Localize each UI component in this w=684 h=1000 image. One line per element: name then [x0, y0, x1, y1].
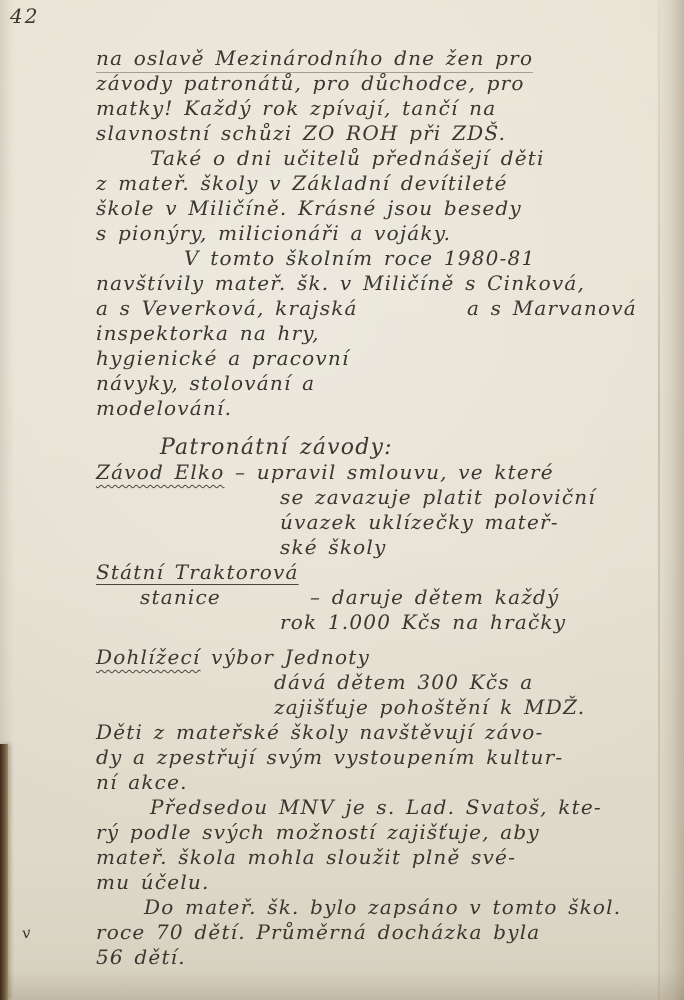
handwritten-line: na oslavě Mezinárodního dne žen pro [96, 46, 662, 71]
handwritten-line: mu účelu. [96, 870, 662, 895]
bottom-edge-shadow [0, 970, 684, 1000]
handwritten-line: z mateř. školy v Základní devítileté [96, 171, 662, 196]
chronicle-page: 42 na oslavě Mezinárodního dne žen pro z… [0, 0, 684, 1000]
handwritten-line: zajišťuje pohoštění k MDŽ. [274, 695, 662, 720]
handwritten-line: dy a zpestřují svým vystoupením kultur- [96, 745, 662, 770]
handwritten-line: V tomto školním roce 1980-81 [96, 246, 662, 271]
handwritten-line: Do mateř. šk. bylo zapsáno v tomto škol. [96, 895, 662, 920]
handwritten-line: dává dětem 300 Kčs a [274, 670, 662, 695]
handwritten-line: škole v Miličíně. Krásné jsou besedy [96, 196, 662, 221]
line-main-text: – daruje dětem každý [310, 585, 559, 610]
underlined-term: Dohlížecí [96, 645, 201, 669]
handwritten-line: inspektorka na hry, [96, 321, 662, 346]
book-binding-edge [0, 744, 8, 1000]
handwritten-line: Státní Traktorová [96, 560, 662, 585]
handwritten-line: Předsedou MNV je s. Lad. Svatoš, kte- [96, 795, 662, 820]
handwritten-line: a s Veverková, krajská a s Marvanová [96, 296, 662, 321]
line-main-text: výbor Jednoty [211, 645, 370, 669]
handwritten-line: úvazek uklízečky mateř- [280, 510, 662, 535]
handwritten-line: Také o dni učitelů přednášejí děti [96, 146, 662, 171]
inserted-note: a s Marvanová [467, 296, 637, 321]
handwritten-line: matky! Každý rok zpívají, tančí na [96, 96, 662, 121]
handwritten-line: ské školy [280, 535, 662, 560]
handwritten-line: navštívily mateř. šk. v Miličíně s Cinko… [96, 271, 662, 296]
handwritten-line: Dohlížecí výbor Jednoty [96, 645, 662, 670]
handwritten-line: návyky, stolování a [96, 371, 662, 396]
handwritten-line: závody patronátů, pro důchodce, pro [96, 71, 662, 96]
handwritten-line: hygienické a pracovní [96, 346, 662, 371]
check-mark: v [21, 923, 32, 942]
line-main-text: a s Veverková, krajská [96, 296, 358, 320]
handwritten-line: roce 70 dětí. Průměrná docházka byla [96, 920, 662, 945]
handwritten-line: se zavazuje platit poloviční [280, 485, 662, 510]
handwritten-line: 56 dětí. [96, 945, 662, 970]
underlined-term: Závod Elko [96, 460, 224, 484]
section-heading: Patronátní závody: [160, 435, 662, 460]
term-label: stanice [140, 585, 221, 610]
handwritten-line: Závod Elko – upravil smlouvu, ve které [96, 460, 662, 485]
handwritten-line: Děti z mateřské školy navštěvují závo- [96, 720, 662, 745]
underlined-term: Státní Traktorová [96, 560, 299, 584]
handwritten-line: rok 1.000 Kčs na hračky [280, 610, 662, 635]
handwritten-line: s pionýry, milicionáři a vojáky. [96, 221, 662, 246]
handwritten-line: slavnostní schůzi ZO ROH při ZDŠ. [96, 121, 662, 146]
handwritten-line: stanice – daruje dětem každý [96, 585, 662, 610]
manuscript-text: na oslavě Mezinárodního dne žen pro závo… [96, 46, 662, 970]
underlined-phrase: na oslavě Mezinárodního dne žen pro [96, 46, 533, 73]
line-main-text: – upravil smlouvu, ve které [235, 460, 554, 484]
handwritten-line: ní akce. [96, 770, 662, 795]
handwritten-line: modelování. [96, 396, 662, 421]
handwritten-line: rý podle svých možností zajišťuje, aby [96, 820, 662, 845]
page-number: 42 [10, 4, 39, 28]
handwritten-line: mateř. škola mohla sloužit plně své- [96, 845, 662, 870]
